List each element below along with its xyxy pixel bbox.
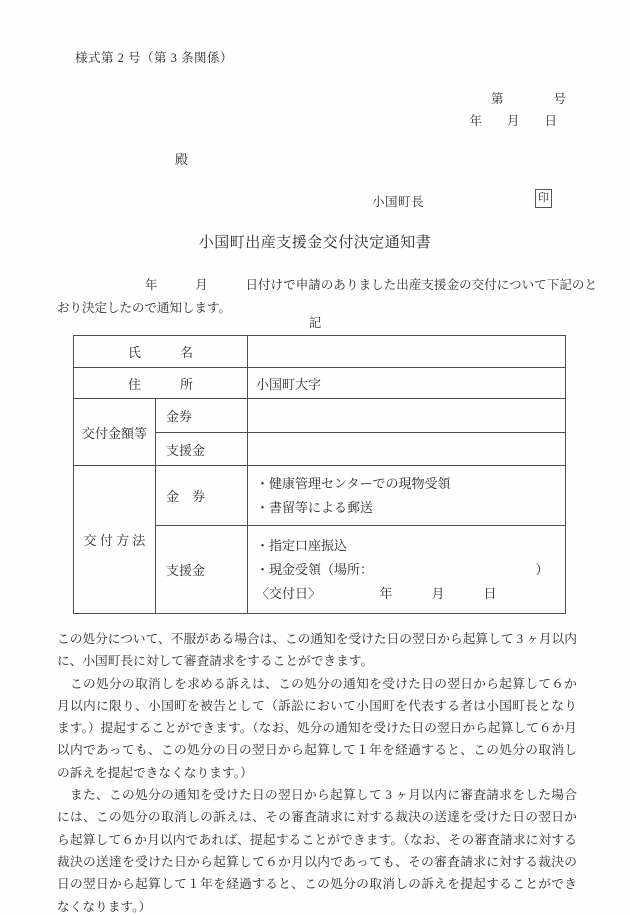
method-support-options: ・指定口座振込 ・現金受領（場所： ） 〈交付日〉 年 月 日 bbox=[248, 526, 566, 614]
method-support-delivery-date: 〈交付日〉 年 月 日 bbox=[256, 582, 565, 606]
date-blank: 年 月 日 bbox=[469, 111, 557, 129]
document-page: 様式第 2 号（第 3 条関係） 第 号 年 月 日 殿 小国町長 印 小国町出… bbox=[0, 0, 630, 915]
name-value bbox=[248, 336, 566, 368]
amount-voucher-value bbox=[248, 399, 566, 433]
ki-marker: 記 bbox=[0, 313, 630, 331]
method-voucher-label: 金 券 bbox=[156, 466, 248, 526]
method-support-option-2: ・現金受領（場所： ） bbox=[256, 558, 565, 582]
table-row-address: 住 所 小国町大字 bbox=[74, 368, 566, 399]
sender-title: 小国町長 bbox=[372, 192, 424, 210]
addressee-suffix: 殿 bbox=[175, 149, 188, 168]
amount-voucher-label: 金券 bbox=[156, 399, 248, 433]
grant-details-table: 氏 名 住 所 小国町大字 交付金額等 金券 支援金 交 付 方 法 金 券 ・… bbox=[73, 335, 566, 614]
method-voucher-option-2: ・書留等による郵送 bbox=[256, 496, 565, 520]
amount-group-label: 交付金額等 bbox=[74, 399, 156, 466]
note-appeal: この処分について、不服がある場合は、この通知を受けた日の翌日から起算して 3 ヶ… bbox=[57, 628, 577, 673]
method-group-label: 交 付 方 法 bbox=[74, 466, 156, 614]
amount-support-label: 支援金 bbox=[156, 433, 248, 466]
table-row-amount-voucher: 交付金額等 金券 bbox=[74, 399, 566, 433]
table-row-method-voucher: 交 付 方 法 金 券 ・健康管理センターでの現物受領 ・書留等による郵送 bbox=[74, 466, 566, 526]
form-number: 様式第 2 号（第 3 条関係） bbox=[75, 48, 233, 66]
note-lawsuit: この処分の取消しを求める訴えは、この処分の通知を受けた日の翌日から起算して６か月… bbox=[57, 673, 577, 784]
document-number-blank: 第 号 bbox=[491, 89, 566, 107]
note-after-review: また、この処分の通知を受けた日の翌日から起算して 3 ヶ月以内に審査請求をした場… bbox=[57, 784, 577, 915]
method-voucher-option-1: ・健康管理センターでの現物受領 bbox=[256, 472, 565, 496]
legal-notes: この処分について、不服がある場合は、この通知を受けた日の翌日から起算して 3 ヶ… bbox=[57, 628, 577, 915]
method-voucher-options: ・健康管理センターでの現物受領 ・書留等による郵送 bbox=[248, 466, 566, 526]
amount-support-value bbox=[248, 433, 566, 466]
table-row-name: 氏 名 bbox=[74, 336, 566, 368]
method-support-option-1: ・指定口座振込 bbox=[256, 534, 565, 558]
page-title: 小国町出産支援金交付決定通知書 bbox=[0, 231, 630, 252]
name-label: 氏 名 bbox=[74, 336, 248, 368]
address-value: 小国町大字 bbox=[248, 368, 566, 399]
address-label: 住 所 bbox=[74, 368, 248, 399]
seal-placeholder: 印 bbox=[535, 189, 552, 208]
method-support-label: 支援金 bbox=[156, 526, 248, 614]
